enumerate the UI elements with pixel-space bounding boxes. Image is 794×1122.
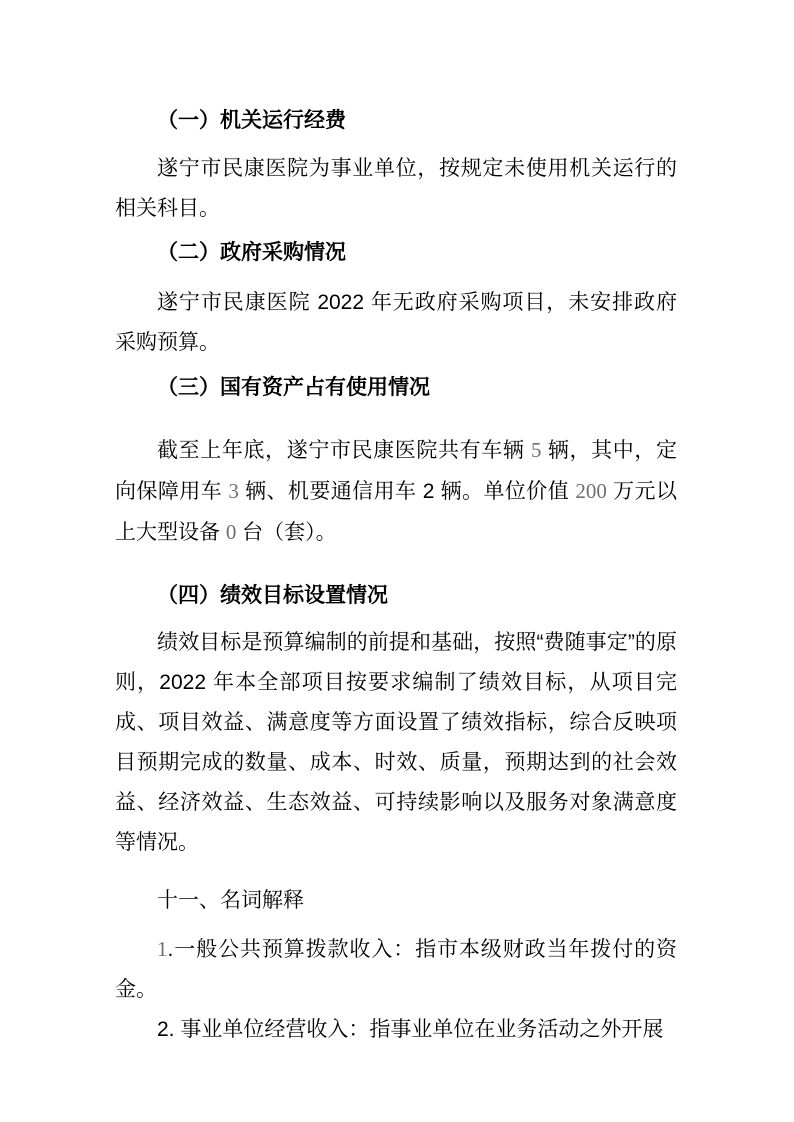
large-equipment-count: 0 — [226, 520, 237, 544]
glossary-item-2: 2. 事业单位经营收入：指事业单位在业务活动之外开展 — [115, 1010, 677, 1050]
glossary-heading: 十一、名词解释 — [115, 881, 677, 921]
section-4-heading: （四）绩效目标设置情况 — [115, 576, 677, 616]
glossary-item-1: 1.一般公共预算拨款收入：指市本级财政当年拨付的资金。 — [115, 929, 677, 1010]
body-text-run: 截至上年底，遂宁市民康医院共有车辆 — [157, 439, 531, 462]
section-2-heading: （二）政府采购情况 — [115, 233, 677, 273]
glossary-item-1-text: .一般公共预算拨款收入：指市本级财政当年拨付的资金。 — [115, 938, 677, 1001]
document-page: （一）机关运行经费 遂宁市民康医院为事业单位，按规定未使用机关运行的相关科目。 … — [0, 0, 794, 1122]
guarantee-vehicle-count: 3 — [228, 479, 239, 503]
section-2-body: 遂宁市民康医院 2022 年无政府采购项目，未安排政府采购预算。 — [115, 283, 677, 363]
vehicle-total-count: 5 — [531, 438, 542, 462]
section-3-heading: （三）国有资产占有使用情况 — [115, 368, 677, 408]
section-4-body: 绩效目标是预算编制的前提和基础，按照“费随事定”的原则，2022 年本全部项目按… — [115, 623, 677, 863]
section-1-body: 遂宁市民康医院为事业单位，按规定未使用机关运行的相关科目。 — [115, 149, 677, 229]
section-1-heading: （一）机关运行经费 — [115, 101, 677, 141]
equipment-value-threshold: 200 — [575, 479, 607, 503]
section-3-body: 截至上年底，遂宁市民康医院共有车辆 5 辆，其中，定向保障用车 3 辆、机要通信… — [115, 430, 677, 553]
body-text-run: 辆、机要通信用车 2 辆。单位价值 — [239, 480, 576, 503]
body-text-run: 台（套）。 — [236, 521, 336, 544]
glossary-item-1-number: 1 — [157, 937, 168, 961]
